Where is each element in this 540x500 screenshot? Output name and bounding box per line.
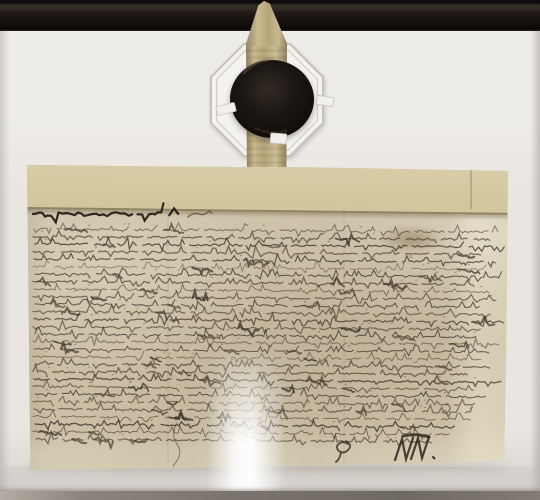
bold-line-ending <box>403 435 429 437</box>
glass-reflection <box>207 348 285 500</box>
frame-bottom-shadow <box>0 491 540 500</box>
loop-nine-mark <box>336 441 350 462</box>
heading-side-mark <box>188 211 212 217</box>
framed-charter-photo <box>0 0 540 500</box>
double-w-notarial-mark <box>395 437 435 460</box>
